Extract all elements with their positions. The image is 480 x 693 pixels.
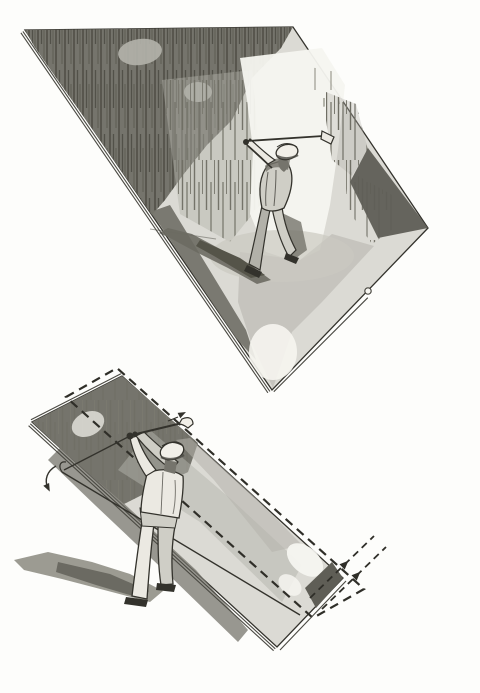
golfer-right-leg	[158, 524, 175, 585]
down-arrowhead	[43, 483, 50, 492]
illustration-canvas	[0, 0, 480, 693]
figure-swing-plane-plank	[14, 368, 386, 651]
figure-swing-plane-pane	[21, 27, 428, 393]
golfer-hands	[127, 433, 134, 440]
book-illustration-page	[0, 0, 480, 693]
golfer-hands	[133, 432, 138, 437]
glass-bolt	[365, 288, 371, 294]
club-head	[179, 418, 193, 428]
golfer-hands	[243, 139, 249, 145]
